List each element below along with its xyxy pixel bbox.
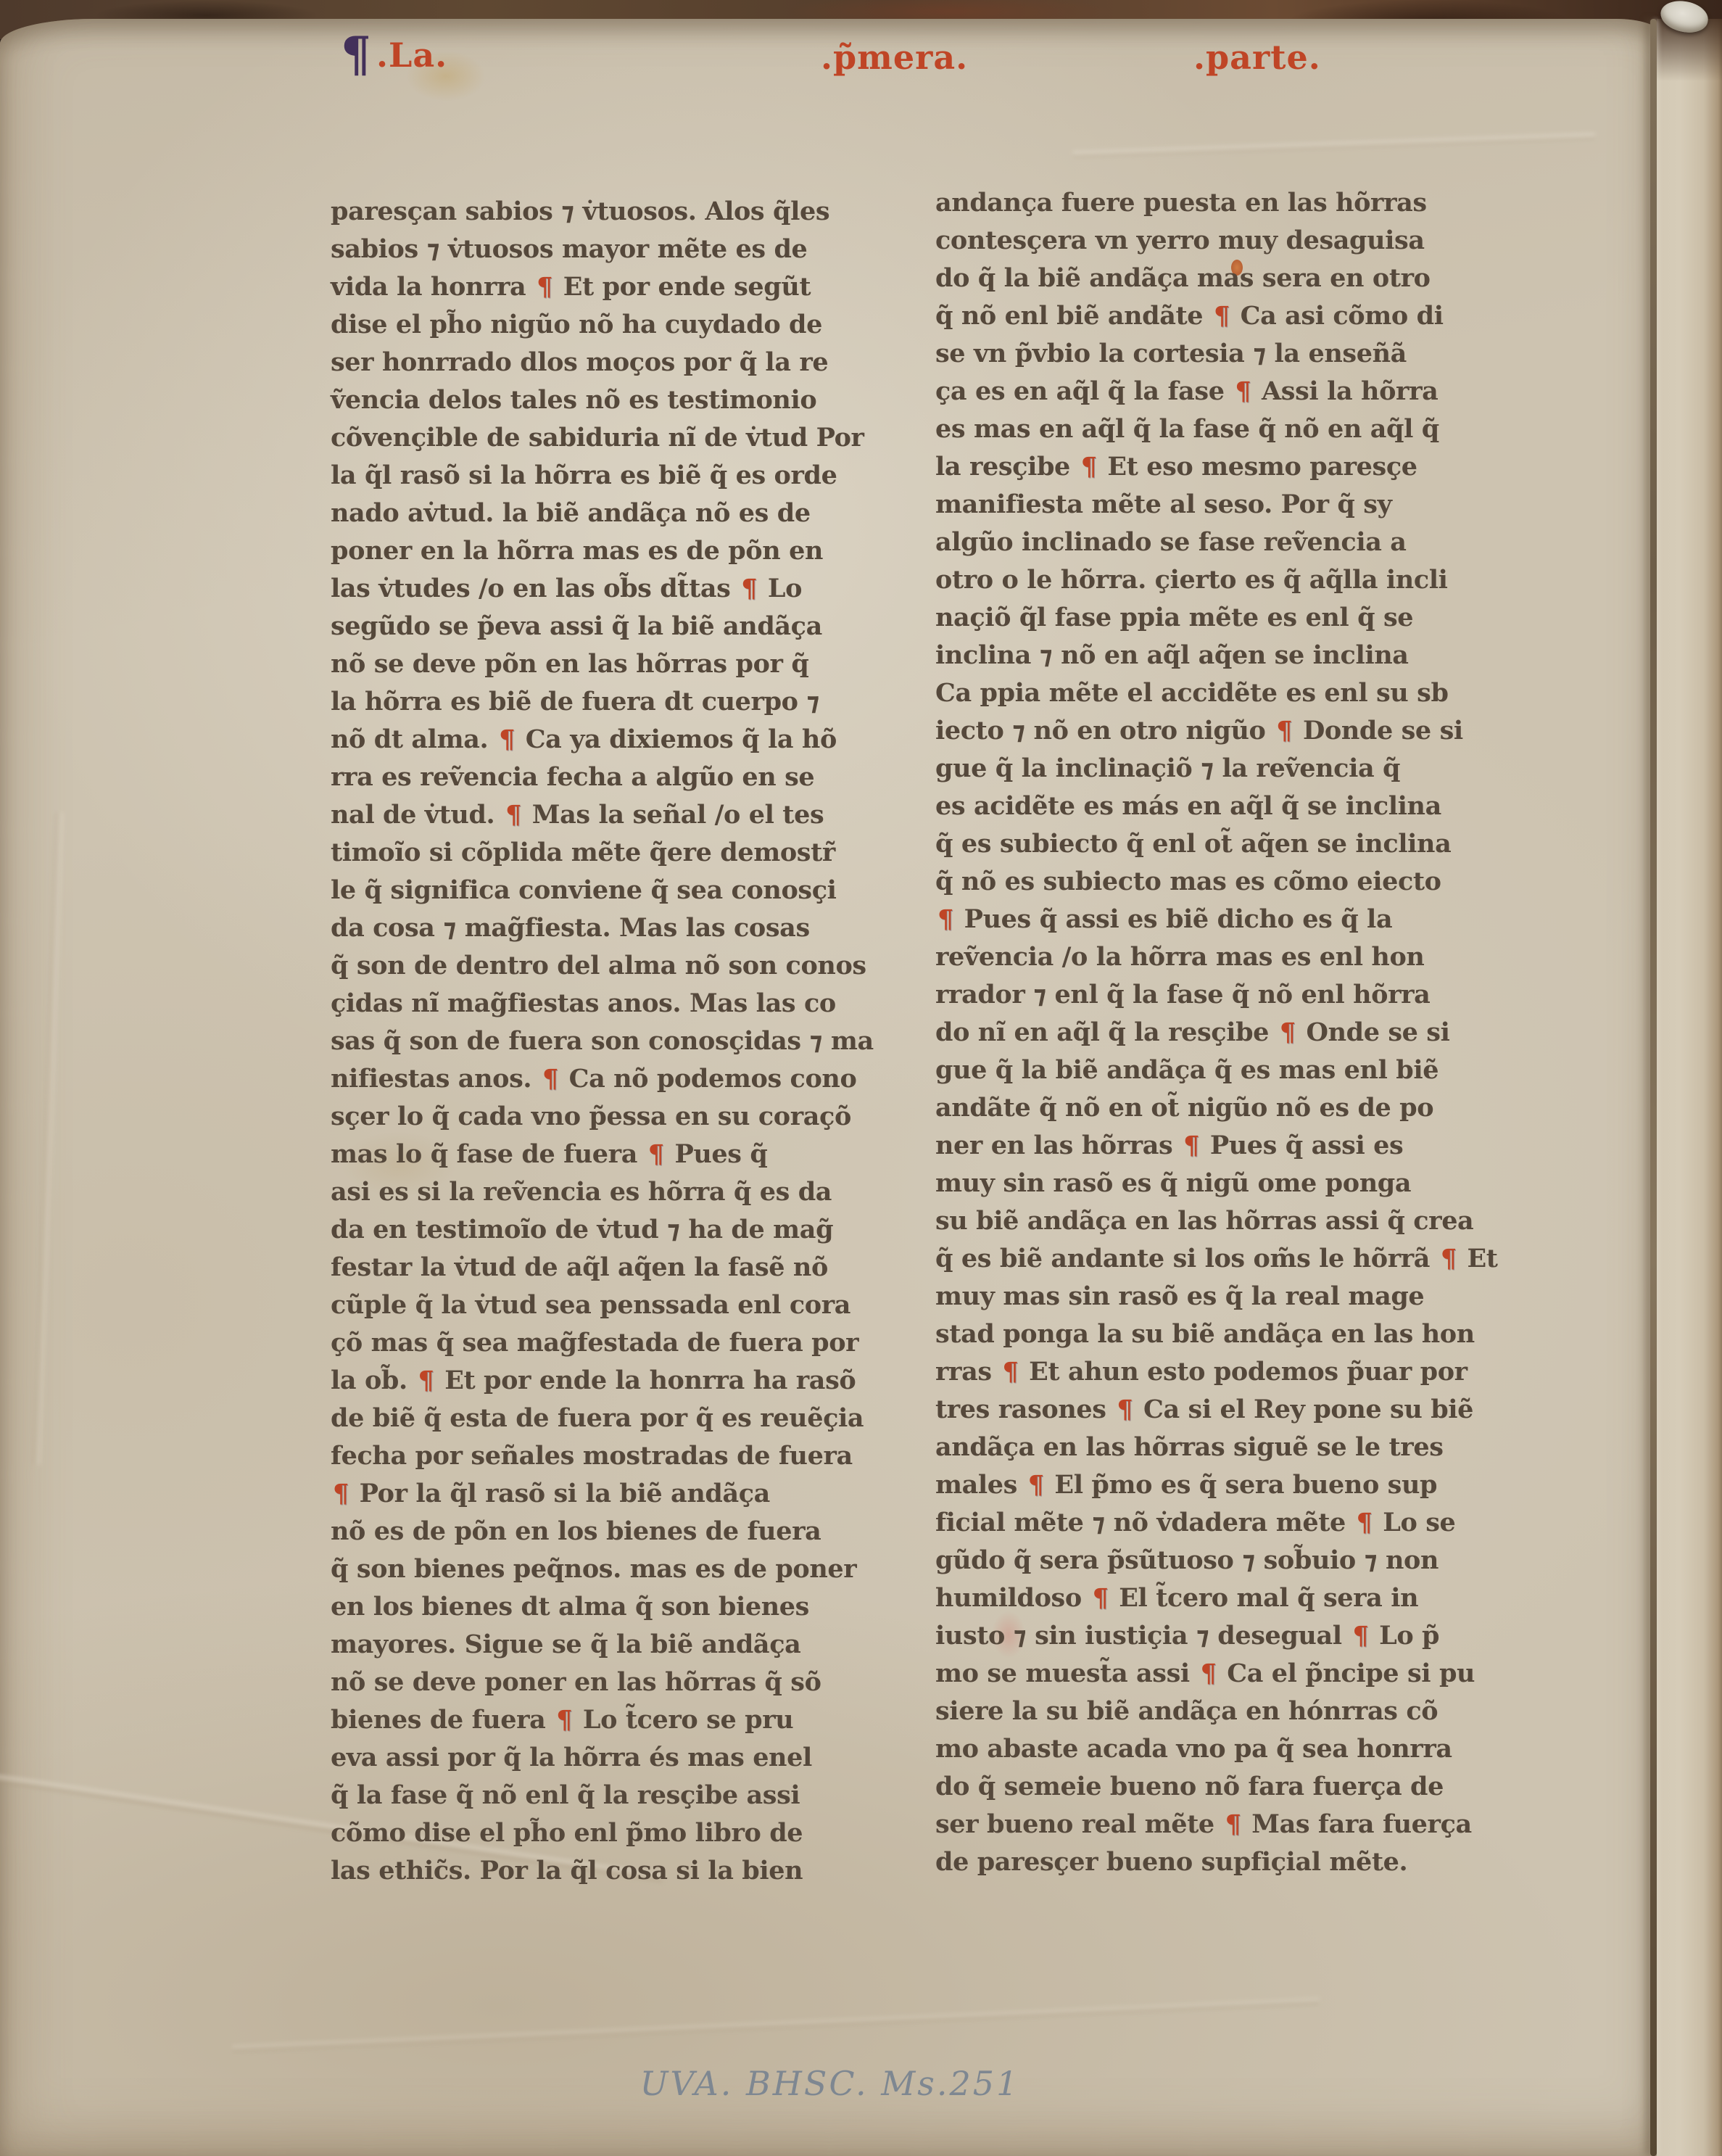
paragraph-mark-icon: ¶ bbox=[1223, 1809, 1243, 1839]
manuscript-text-line: las v̇tudes /o en las ob̃s dt̃tas ¶ Lo bbox=[331, 570, 911, 608]
manuscript-text-line: ficial mẽte ⁊ nõ v̇dadera mẽte ¶ Lo se bbox=[935, 1504, 1524, 1542]
manuscript-text-line: ¶ Por la q̃l rasõ si la biẽ andãça bbox=[331, 1475, 911, 1513]
manuscript-text-line: stad ponga la su biẽ andãça en las hon bbox=[935, 1316, 1524, 1353]
paragraph-mark-icon: ¶ bbox=[1199, 1659, 1219, 1688]
manuscript-text-line: q̃ es biẽ andante si los om̃s le hõrrã ¶… bbox=[935, 1240, 1524, 1278]
manuscript-text-line: Ca ppia mẽte el accidẽte es enl su sb bbox=[935, 674, 1524, 712]
manuscript-text-line: naçiõ q̃l fase ppia mẽte es enl q̃ se bbox=[935, 599, 1524, 637]
manuscript-text-line: su biẽ andãça en las hõrras assi q̃ crea bbox=[935, 1202, 1524, 1240]
manuscript-text-line: eva assi por q̃ la hõrra és mas enel bbox=[331, 1739, 911, 1777]
manuscript-text-line: las ethic̃s. Por la q̃l cosa si la bien bbox=[331, 1852, 911, 1890]
manuscript-text-line: q̃ son bienes peq̃nos. mas es de poner bbox=[331, 1550, 911, 1588]
paragraph-mark-icon: ¶ bbox=[935, 904, 956, 934]
manuscript-text-line: gue q̃ la biẽ andãça q̃ es mas enl biẽ bbox=[935, 1052, 1524, 1089]
manuscript-text-line: q̃ la fase q̃ nõ enl q̃ la resçibe assi bbox=[331, 1777, 911, 1814]
manuscript-text-line: la hõrra es biẽ de fuera dt cuerpo ⁊ bbox=[331, 683, 911, 721]
paragraph-mark-icon: ¶ bbox=[1278, 1017, 1298, 1047]
manuscript-text-line: nõ se deve poner en las hõrras q̃ sõ bbox=[331, 1664, 911, 1701]
manuscript-text-line: sçer lo q̃ cada vno p̃essa en su coraçõ bbox=[331, 1098, 911, 1136]
manuscript-text-line: fecha por señales mostradas de fuera bbox=[331, 1437, 911, 1475]
paragraph-mark-icon: ¶ bbox=[646, 1139, 666, 1169]
paragraph-mark-icon: ¶ bbox=[1350, 1621, 1370, 1651]
paragraph-mark-icon: ¶ bbox=[1354, 1508, 1375, 1537]
paragraph-mark-icon: ¶ bbox=[1079, 452, 1099, 482]
manuscript-text-line: q̃ es subiecto q̃ enl ot̃ aq̃en se incli… bbox=[935, 825, 1524, 863]
manuscript-text-line: sas q̃ son de fuera son conosçidas ⁊ ma bbox=[331, 1023, 911, 1060]
manuscript-text-line: iecto ⁊ nõ en otro nigũo ¶ Donde se si bbox=[935, 712, 1524, 750]
manuscript-text-line: humildoso ¶ El t̃cero mal q̃ sera in bbox=[935, 1579, 1524, 1617]
manuscript-text-line: do nĩ en aq̃l q̃ la resçibe ¶ Onde se si bbox=[935, 1014, 1524, 1052]
manuscript-text-line: gue q̃ la inclinaçiõ ⁊ la reṽencia q̃ bbox=[935, 750, 1524, 788]
manuscript-text-line: festar la v̇tud de aq̃l aq̃en la fasẽ nõ bbox=[331, 1249, 911, 1286]
text-column-right: andança fuere puesta en las hõrrascontes… bbox=[935, 184, 1524, 1881]
manuscript-text-line: se vn p̃vbio la cortesia ⁊ la enseñã bbox=[935, 335, 1524, 373]
manuscript-text-line: en los bienes dt alma q̃ son bienes bbox=[331, 1588, 911, 1626]
manuscript-text-line: gũdo q̃ sera p̃sũtuoso ⁊ sob̃uio ⁊ non bbox=[935, 1542, 1524, 1579]
manuscript-text-line: q̃ son de dentro del alma nõ son conos bbox=[331, 947, 911, 985]
manuscript-text-line: mo se muest̃a assi ¶ Ca el p̃ncipe si pu bbox=[935, 1655, 1524, 1693]
manuscript-text-line: ṽencia delos tales nõ es testimonio bbox=[331, 381, 911, 419]
manuscript-text-line: inclina ⁊ nõ en aq̃l aq̃en se inclina bbox=[935, 637, 1524, 674]
manuscript-text-line: andãça en las hõrras siguẽ se le tres bbox=[935, 1429, 1524, 1466]
manuscript-text-line: iusto ⁊ sin iustiçia ⁊ desegual ¶ Lo p̃ bbox=[935, 1617, 1524, 1655]
manuscript-text-line: ¶ Pues q̃ assi es biẽ dicho es q̃ la bbox=[935, 901, 1524, 938]
manuscript-text-line: rrador ⁊ enl q̃ la fase q̃ nõ enl hõrra bbox=[935, 976, 1524, 1014]
manuscript-text-line: de paresçer bueno supfiçial mẽte. bbox=[935, 1843, 1524, 1881]
manuscript-text-line: ça es en aq̃l q̃ la fase ¶ Assi la hõrra bbox=[935, 373, 1524, 410]
manuscript-text-line: da cosa ⁊ mag̃fiesta. Mas las cosas bbox=[331, 909, 911, 947]
paragraph-mark-icon: ¶ bbox=[534, 272, 555, 302]
running-header-la: .La. bbox=[376, 36, 447, 75]
manuscript-text-line: q̃ nõ es subiecto mas es cõmo eiecto bbox=[935, 863, 1524, 901]
manuscript-text-line: ser honrrado dlos moços por q̃ la re bbox=[331, 344, 911, 381]
manuscript-photo: ¶.La. .p̃mera. .parte. paresçan sabios ⁊… bbox=[0, 0, 1722, 2156]
paragraph-mark-icon: ¶ bbox=[1274, 716, 1294, 745]
manuscript-text-line: tres rasones ¶ Ca si el Rey pone su biẽ bbox=[935, 1391, 1524, 1429]
paragraph-mark-icon: ¶ bbox=[1181, 1131, 1201, 1160]
paragraph-mark-icon: ¶ bbox=[416, 1366, 436, 1395]
manuscript-text-line: sabios ⁊ v̇tuosos mayor mẽte es de bbox=[331, 231, 911, 268]
running-header-primera: .p̃mera. bbox=[821, 38, 968, 77]
manuscript-text-line: çõ mas q̃ sea mag̃festada de fuera por bbox=[331, 1324, 911, 1362]
manuscript-text-line: contesçera vn yerro muy desaguisa bbox=[935, 222, 1524, 260]
manuscript-text-line: vida la honrra ¶ Et por ende segũt bbox=[331, 268, 911, 306]
manuscript-text-line: la ob̃. ¶ Et por ende la honrra ha rasõ bbox=[331, 1362, 911, 1400]
manuscript-text-line: segũdo se p̃eva assi q̃ la biẽ andãça bbox=[331, 608, 911, 645]
manuscript-text-line: nifiestas anos. ¶ Ca nõ podemos cono bbox=[331, 1060, 911, 1098]
manuscript-text-line: nado av̇tud. la biẽ andãça nõ es de bbox=[331, 495, 911, 532]
manuscript-text-line: do q̃ semeie bueno nõ fara fuerça de bbox=[935, 1768, 1524, 1806]
manuscript-text-line: poner en la hõrra mas es de põn en bbox=[331, 532, 911, 570]
manuscript-text-line: nal de v̇tud. ¶ Mas la señal /o el tes bbox=[331, 796, 911, 834]
manuscript-text-line: ner en las hõrras ¶ Pues q̃ assi es bbox=[935, 1127, 1524, 1165]
manuscript-text-line: bienes de fuera ¶ Lo t̃cero se pru bbox=[331, 1701, 911, 1739]
manuscript-text-line: le q̃ significa conviene q̃ sea conosçi bbox=[331, 872, 911, 909]
text-column-left: paresçan sabios ⁊ v̇tuosos. Alos q̃lessa… bbox=[331, 193, 911, 1890]
paragraph-mark-icon: ¶ bbox=[540, 1064, 560, 1094]
paragraph-mark-icon: ¶ bbox=[1439, 1244, 1459, 1273]
manuscript-text-line: cõmo dise el ph̃o enl p̃mo libro de bbox=[331, 1814, 911, 1852]
paragraph-mark-icon: ¶ bbox=[1026, 1470, 1046, 1500]
running-header-left: ¶.La. bbox=[341, 33, 447, 75]
manuscript-text-line: cõvençible de sabiduria nĩ de v̇tud Por bbox=[331, 419, 911, 457]
manuscript-text-line: mas lo q̃ fase de fuera ¶ Pues q̃ bbox=[331, 1136, 911, 1173]
manuscript-text-line: q̃ nõ enl biẽ andãte ¶ Ca asi cõmo di bbox=[935, 297, 1524, 335]
manuscript-text-line: algũo inclinado se fase reṽencia a bbox=[935, 524, 1524, 561]
paragraph-mark-icon: ¶ bbox=[1114, 1395, 1135, 1424]
manuscript-text-line: ser bueno real mẽte ¶ Mas fara fuerça bbox=[935, 1806, 1524, 1843]
manuscript-text-line: nõ dt alma. ¶ Ca ya dixiemos q̃ la hõ bbox=[331, 721, 911, 759]
manuscript-text-line: otro o le hõrra. çierto es q̃ aq̃lla inc… bbox=[935, 561, 1524, 599]
paragraph-mark-icon: ¶ bbox=[341, 38, 372, 71]
manuscript-text-line: mo abaste acada vno pa q̃ sea honrra bbox=[935, 1730, 1524, 1768]
running-header: ¶.La. .p̃mera. .parte. bbox=[0, 28, 1660, 88]
running-header-parte: .parte. bbox=[1193, 38, 1321, 77]
paragraph-mark-icon: ¶ bbox=[1000, 1357, 1020, 1387]
paragraph-mark-icon: ¶ bbox=[503, 800, 523, 830]
paragraph-mark-icon: ¶ bbox=[497, 724, 517, 754]
manuscript-text-line: çidas nĩ mag̃fiestas anos. Mas las co bbox=[331, 985, 911, 1023]
manuscript-text-line: andança fuere puesta en las hõrras bbox=[935, 184, 1524, 222]
manuscript-text-line: muy mas sin rasõ es q̃ la real mage bbox=[935, 1278, 1524, 1316]
manuscript-text-line: la q̃l rasõ si la hõrra es biẽ q̃ es ord… bbox=[331, 457, 911, 495]
manuscript-text-line: cũple q̃ la v̇tud sea penssada enl cora bbox=[331, 1286, 911, 1324]
paragraph-mark-icon: ¶ bbox=[1090, 1583, 1111, 1613]
paragraph-mark-icon: ¶ bbox=[1212, 301, 1232, 331]
manuscript-text-line: muy sin rasõ es q̃ nigũ ome ponga bbox=[935, 1165, 1524, 1202]
manuscript-text-line: la resçibe ¶ Et eso mesmo paresçe bbox=[935, 448, 1524, 486]
manuscript-text-line: es acidẽte es más en aq̃l q̃ se inclina bbox=[935, 788, 1524, 825]
manuscript-text-line: de biẽ q̃ esta de fuera por q̃ es reuẽçi… bbox=[331, 1400, 911, 1437]
manuscript-text-line: rra es reṽencia fecha a algũo en se bbox=[331, 759, 911, 796]
manuscript-text-line: siere la su biẽ andãça en hónrras cõ bbox=[935, 1693, 1524, 1730]
paragraph-mark-icon: ¶ bbox=[331, 1479, 351, 1508]
manuscript-text-line: dise el ph̃o nigũo nõ ha cuydado de bbox=[331, 306, 911, 344]
page-edge-crease bbox=[1650, 19, 1657, 2156]
manuscript-text-line: nõ es de põn en los bienes de fuera bbox=[331, 1513, 911, 1550]
manuscript-text-line: manifiesta mẽte al seso. Por q̃ sy bbox=[935, 486, 1524, 524]
paragraph-mark-icon: ¶ bbox=[554, 1705, 574, 1735]
manuscript-text-line: asi es si la reṽencia es hõrra q̃ es da bbox=[331, 1173, 911, 1211]
manuscript-text-line: da en testimoĩo de v̇tud ⁊ ha de mag̃ bbox=[331, 1211, 911, 1249]
manuscript-text-line: es mas en aq̃l q̃ la fase q̃ nõ en aq̃l … bbox=[935, 410, 1524, 448]
next-page-edge bbox=[1657, 19, 1722, 2156]
manuscript-text-line: paresçan sabios ⁊ v̇tuosos. Alos q̃les bbox=[331, 193, 911, 231]
paragraph-mark-icon: ¶ bbox=[1233, 376, 1253, 406]
shelfmark-caption: UVA. BHSC. Ms.251 bbox=[0, 2064, 1660, 2103]
manuscript-text-line: mayores. Sigue se q̃ la biẽ andãça bbox=[331, 1626, 911, 1664]
paragraph-mark-icon: ¶ bbox=[739, 574, 759, 603]
manuscript-text-line: nõ se deve põn en las hõrras por q̃ bbox=[331, 645, 911, 683]
manuscript-text-line: reṽencia /o la hõrra mas es enl hon bbox=[935, 938, 1524, 976]
manuscript-text-line: rras ¶ Et ahun esto podemos p̃uar por bbox=[935, 1353, 1524, 1391]
manuscript-text-line: andãte q̃ nõ en ot̃ nigũo nõ es de po bbox=[935, 1089, 1524, 1127]
manuscript-text-line: timoĩo si cõplida mẽte q̃ere demostr̃ bbox=[331, 834, 911, 872]
manuscript-text-line: do q̃ la biẽ andãça mas sera en otro bbox=[935, 260, 1524, 297]
manuscript-text-line: males ¶ El p̃mo es q̃ sera bueno sup bbox=[935, 1466, 1524, 1504]
